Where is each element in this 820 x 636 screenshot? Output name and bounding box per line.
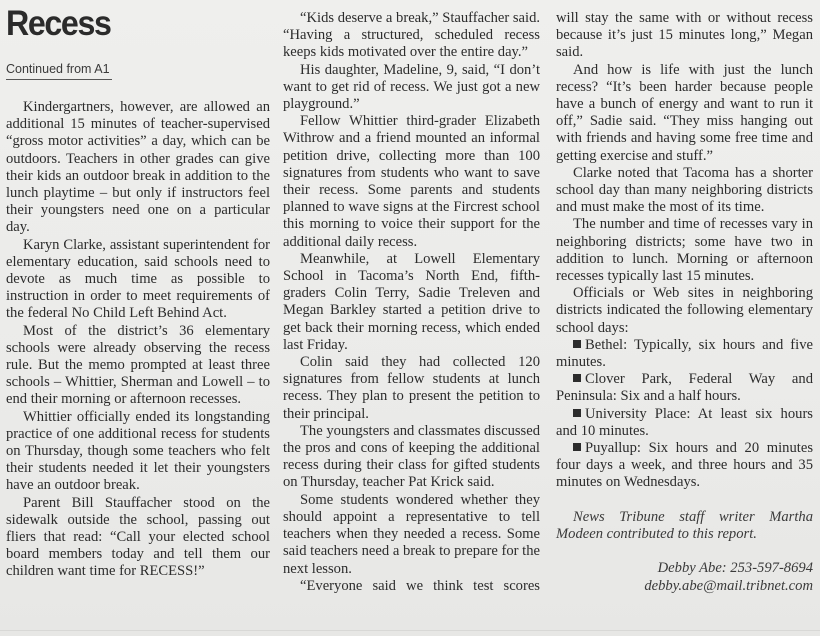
paragraph: The number and time of recesses vary in …: [556, 216, 813, 285]
paragraph: Some students wondered whether they shou…: [283, 492, 540, 578]
paragraph-continuation: will stay the same with or without reces…: [556, 10, 813, 62]
headline: Recess: [6, 4, 249, 44]
list-item: University Place: At least six hours and…: [556, 406, 813, 440]
paragraph: The youngsters and classmates discussed …: [283, 423, 540, 492]
continued-from-label: Continued from A1: [6, 61, 112, 80]
list-item-text: University Place: At least six hours and…: [556, 406, 813, 439]
list-item: Bethel: Typically, six hours and five mi…: [556, 337, 813, 371]
square-bullet-icon: [573, 409, 581, 417]
paragraph: Parent Bill Stauffacher stood on the sid…: [6, 495, 270, 581]
paragraph: Colin said they had collected 120 signat…: [283, 354, 540, 423]
paragraph: Most of the district’s 36 elementary sch…: [6, 323, 270, 409]
list-item-text: Clover Park, Federal Way and Peninsula: …: [556, 371, 813, 404]
paragraph: Kindergartners, however, are allowed an …: [6, 99, 270, 237]
paragraph: Clarke noted that Tacoma has a shorter s…: [556, 165, 813, 217]
newspaper-page: Recess Continued from A1 Kindergartners,…: [0, 0, 820, 636]
contributor-credit: News Tribune staff writer Martha Modeen …: [556, 509, 813, 543]
square-bullet-icon: [573, 443, 581, 451]
paragraph: His daughter, Madeline, 9, said, “I don’…: [283, 62, 540, 114]
paragraph: Meanwhile, at Lowell Elementary School i…: [283, 251, 540, 354]
paragraph: Karyn Clarke, assistant superintendent f…: [6, 237, 270, 323]
byline-phone: Debby Abe: 253-597-8694: [556, 559, 813, 577]
square-bullet-icon: [573, 374, 581, 382]
list-item-text: Bethel: Typically, six hours and five mi…: [556, 337, 813, 370]
article-column-3: will stay the same with or without reces…: [556, 0, 813, 595]
page-bottom-edge: [0, 630, 820, 631]
paragraph: “Kids deserve a break,” Stauffacher said…: [283, 10, 540, 62]
list-item: Clover Park, Federal Way and Peninsula: …: [556, 371, 813, 405]
list-item-text: Puyallup: Six hours and 20 minutes four …: [556, 440, 813, 490]
byline: Debby Abe: 253-597-8694 debby.abe@mail.t…: [556, 559, 813, 595]
paragraph: “Everyone said we think test scores: [283, 578, 540, 595]
paragraph: Whittier officially ended its longstandi…: [6, 409, 270, 495]
paragraph: And how is life with just the lunch rece…: [556, 62, 813, 165]
article-column-2: “Kids deserve a break,” Stauffacher said…: [283, 0, 540, 595]
paragraph: Fellow Whittier third-grader Elizabeth W…: [283, 113, 540, 251]
article-column-1: Recess Continued from A1 Kindergartners,…: [6, 0, 270, 581]
list-item: Puyallup: Six hours and 20 minutes four …: [556, 440, 813, 492]
square-bullet-icon: [573, 340, 581, 348]
paragraph: Officials or Web sites in neighboring di…: [556, 285, 813, 337]
byline-email: debby.abe@mail.tribnet.com: [556, 577, 813, 595]
